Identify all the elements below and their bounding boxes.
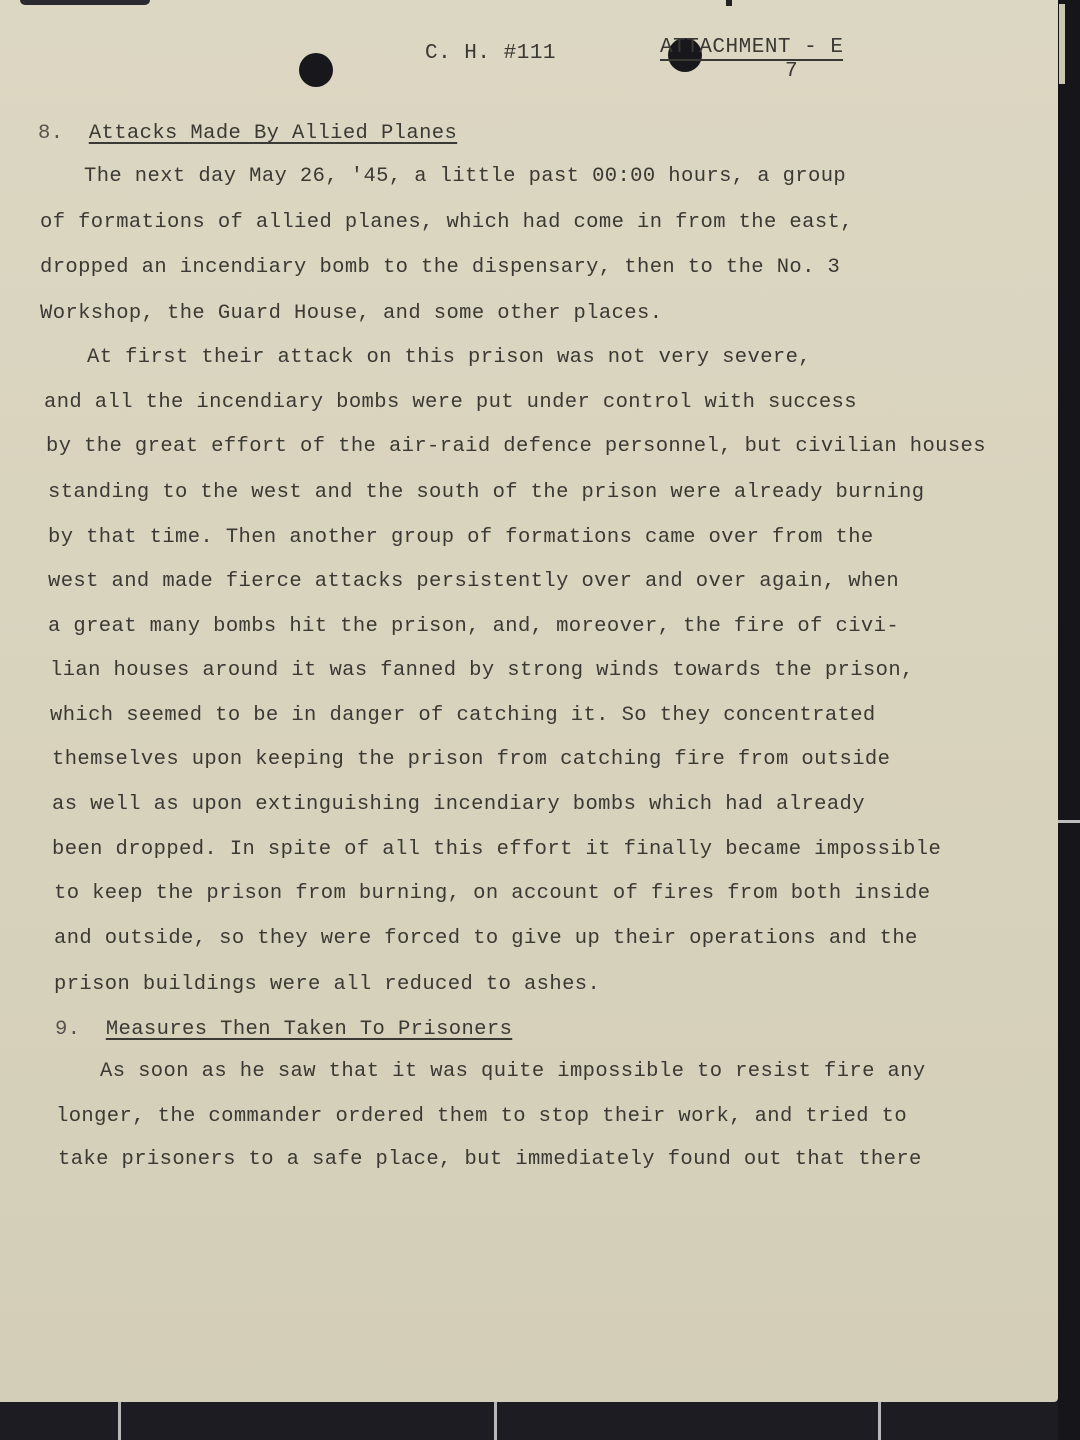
section-title: Measures Then Taken To Prisoners <box>106 1018 512 1041</box>
background-gridline <box>878 1402 881 1440</box>
text-line: take prisoners to a safe place, but imme… <box>58 1148 922 1171</box>
background-edge <box>1058 820 1080 823</box>
text-line: by the great effort of the air-raid defe… <box>46 435 986 458</box>
text-line: standing to the west and the south of th… <box>48 481 924 504</box>
section-number: 9. <box>55 1018 80 1041</box>
text-line: which seemed to be in danger of catching… <box>50 704 876 727</box>
attachment-label: ATTACHMENT - E <box>660 36 843 61</box>
background-edge <box>1058 0 1080 1440</box>
text-line: Workshop, the Guard House, and some othe… <box>40 302 662 325</box>
text-line: dropped an incendiary bomb to the dispen… <box>40 256 840 279</box>
page-number: 7 <box>785 60 798 83</box>
background-gridline <box>494 1402 497 1440</box>
text-line: The next day May 26, '45, a little past … <box>84 165 846 188</box>
text-line: a great many bombs hit the prison, and, … <box>48 615 899 638</box>
document-reference: C. H. #111 <box>425 42 556 65</box>
text-line: to keep the prison from burning, on acco… <box>54 882 930 905</box>
text-line: lian houses around it was fanned by stro… <box>50 659 914 682</box>
section-heading: 8. Attacks Made By Allied Planes <box>38 122 457 145</box>
text-line: As soon as he saw that it was quite impo… <box>100 1060 926 1083</box>
text-line: as well as upon extinguishing incendiary… <box>52 793 865 816</box>
text-line: prison buildings were all reduced to ash… <box>54 973 600 996</box>
text-line: and outside, so they were forced to give… <box>54 927 918 950</box>
text-line: and all the incendiary bombs were put un… <box>44 391 857 414</box>
text-line: themselves upon keeping the prison from … <box>52 748 890 771</box>
section-heading: 9. Measures Then Taken To Prisoners <box>55 1018 512 1041</box>
text-line: longer, the commander ordered them to st… <box>56 1105 907 1128</box>
background-edge <box>20 0 150 5</box>
document-page: C. H. #111 ATTACHMENT - E 7 8. Attacks M… <box>0 0 1058 1402</box>
punch-hole-icon <box>299 53 333 87</box>
background-edge <box>1059 4 1065 84</box>
background-edge <box>726 0 732 6</box>
text-line: by that time. Then another group of form… <box>48 526 874 549</box>
text-line: of formations of allied planes, which ha… <box>40 211 853 234</box>
section-number: 8. <box>38 122 63 145</box>
text-line: west and made fierce attacks persistentl… <box>48 570 899 593</box>
section-title: Attacks Made By Allied Planes <box>89 122 457 145</box>
text-line: been dropped. In spite of all this effor… <box>52 838 941 861</box>
text-line: At first their attack on this prison was… <box>87 346 811 369</box>
background-gridline <box>118 1402 121 1440</box>
